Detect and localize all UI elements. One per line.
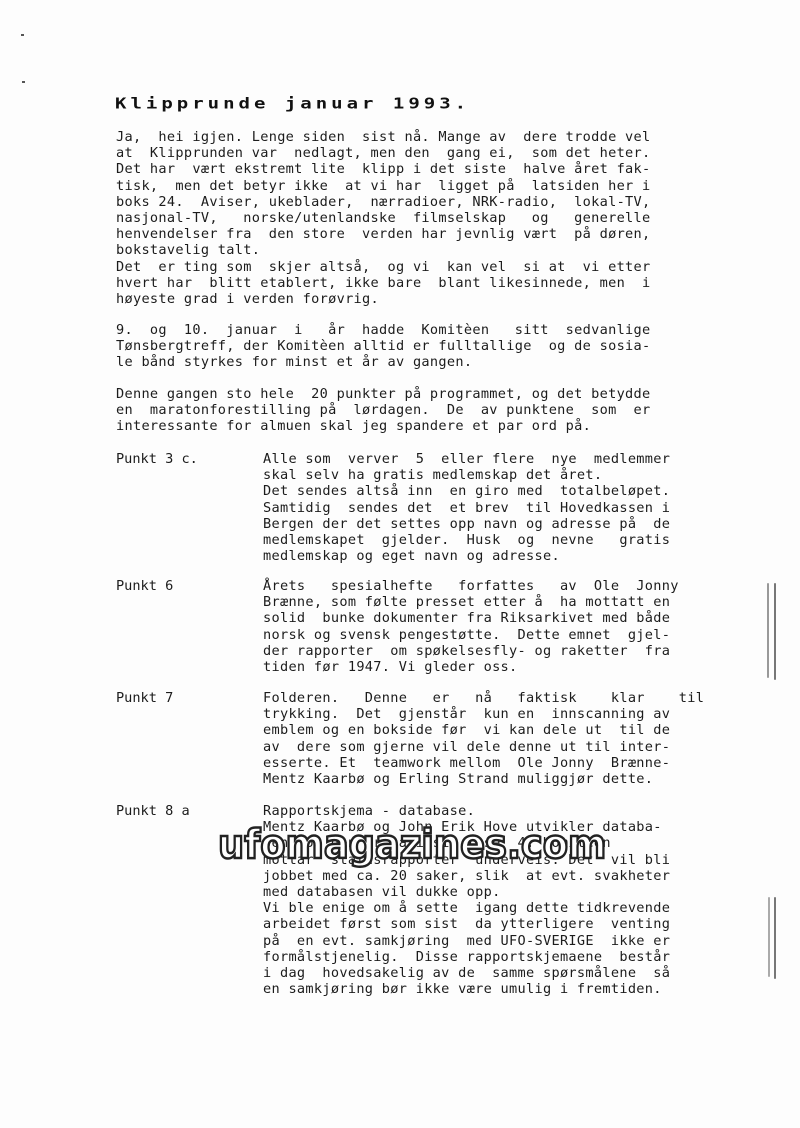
intro-paragraph: Ja, hei igjen. Lenge siden sist nå. Mang…: [116, 129, 766, 307]
agenda-item-label: Punkt 7: [116, 690, 173, 706]
scan-speck: [21, 34, 24, 36]
agenda-item-label: Punkt 6: [116, 578, 173, 594]
watermark: ufomagazines.com: [218, 822, 606, 868]
agenda-item-text: Folderen. Denne er nå faktisk klar til t…: [263, 690, 704, 787]
program-paragraph: Denne gangen sto hele 20 punkter på prog…: [116, 386, 766, 435]
margin-mark: [768, 897, 770, 977]
margin-mark: [767, 583, 769, 678]
agenda-item-text: Årets spesialhefte forfattes av Ole Jonn…: [263, 578, 679, 675]
scan-speck: [22, 81, 25, 83]
document-title: Klipprunde januar 1993.: [115, 95, 470, 113]
agenda-item-label: Punkt 8 a: [116, 803, 190, 819]
margin-mark: [774, 583, 776, 680]
margin-mark: [774, 897, 776, 979]
agenda-item-label: Punkt 3 c.: [116, 451, 198, 467]
meeting-paragraph: 9. og 10. januar i år hadde Komitèen sit…: [116, 322, 766, 371]
agenda-item-text: Alle som verver 5 eller flere nye medlem…: [263, 451, 670, 564]
